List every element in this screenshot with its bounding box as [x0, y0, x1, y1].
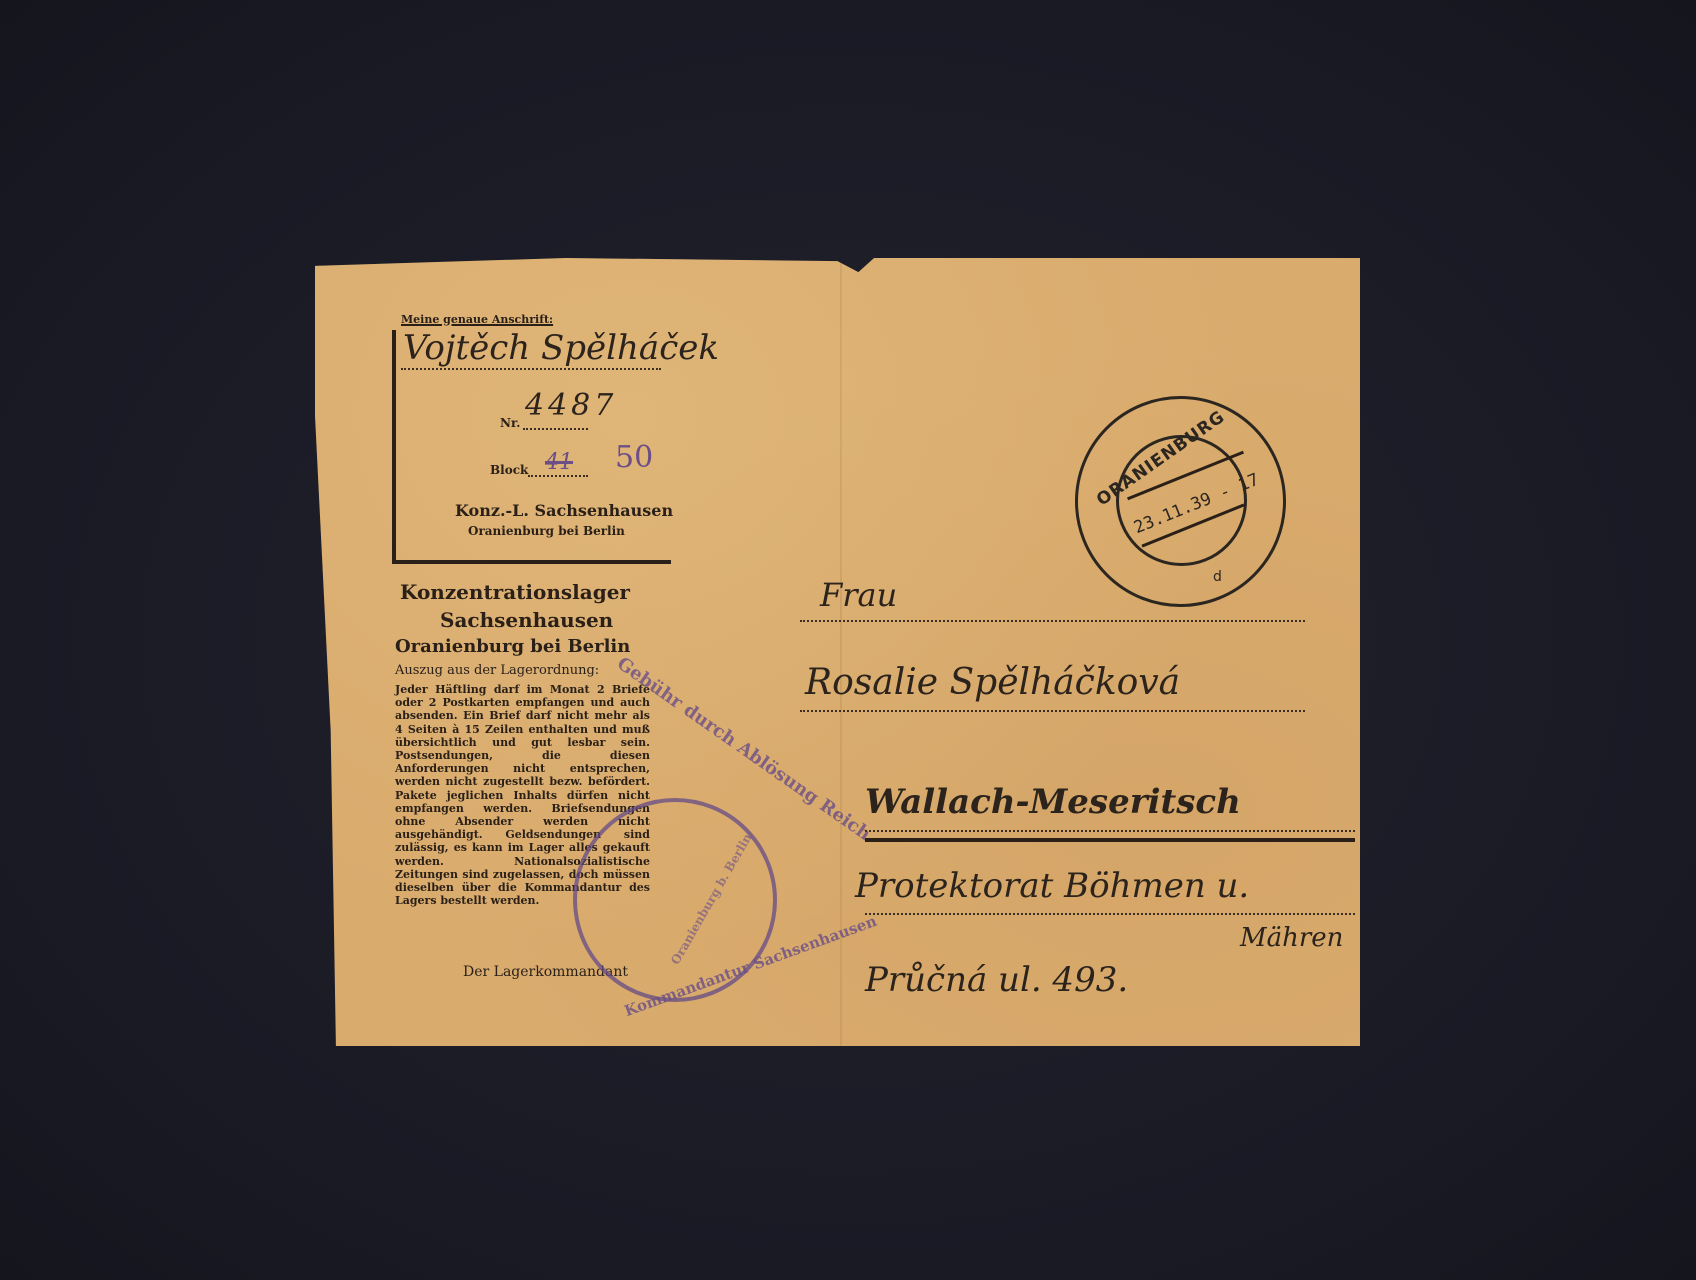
commandant-seal: Kommandantur Sachsenhausen Oranienburg b…	[573, 798, 777, 1002]
block-number: 50	[615, 440, 653, 475]
address-rule	[865, 838, 1355, 842]
recipient-region-cont: Mähren	[1240, 923, 1343, 953]
regulations-location: Oranienburg bei Berlin	[395, 636, 630, 657]
prisoner-number: 4487	[525, 388, 617, 423]
recipient-salutation: Frau	[820, 576, 897, 614]
postmark: ORANIENBURG 23.11.39 - 17 d	[1075, 396, 1286, 607]
sender-box-label: Meine genaue Anschrift:	[401, 313, 553, 326]
dotted-line	[800, 620, 1305, 622]
recipient-region: Protektorat Böhmen u.	[855, 866, 1249, 906]
camp-line: Konz.-L. Sachsenhausen	[455, 501, 673, 520]
dotted-line	[523, 428, 588, 430]
recipient-name: Rosalie Spělháčková	[805, 662, 1180, 703]
city-line: Oranienburg bei Berlin	[468, 524, 625, 538]
nr-label: Nr.	[500, 416, 520, 430]
envelope: Meine genaue Anschrift: Vojtěch Spělháče…	[315, 258, 1360, 1046]
postmark-letter: d	[1213, 569, 1222, 585]
dotted-line	[528, 475, 588, 477]
dotted-line	[865, 830, 1355, 832]
block-number-struck: 41	[545, 450, 573, 475]
seal-inner-text: Oranienburg b. Berlin	[668, 831, 755, 967]
regulations-intro: Auszug aus der Lagerordnung:	[395, 663, 599, 678]
regulations-title: Konzentrationslager	[400, 580, 630, 604]
dotted-line	[865, 913, 1355, 915]
sender-name: Vojtěch Spělháček	[403, 328, 719, 368]
block-label: Block	[490, 463, 528, 477]
regulations-subtitle: Sachsenhausen	[440, 608, 613, 632]
recipient-street: Průčná ul. 493.	[865, 960, 1128, 1000]
dotted-line	[401, 368, 661, 370]
dotted-line	[800, 710, 1305, 712]
recipient-town: Wallach-Meseritsch	[865, 782, 1241, 822]
